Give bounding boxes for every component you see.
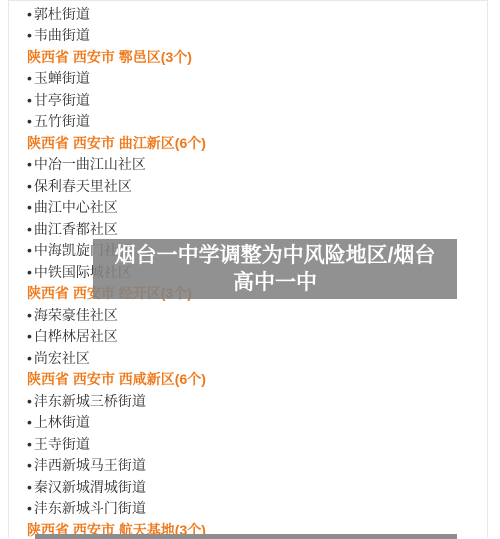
bullet-icon: • — [27, 222, 32, 236]
area-name: 五竹街道 — [34, 111, 90, 131]
list-item: •王寺街道 — [27, 433, 487, 455]
list-item: •甘亭街道 — [27, 89, 487, 111]
area-name: 保利春天里社区 — [34, 176, 132, 196]
list-item: •曲江香都社区 — [27, 218, 487, 240]
bullet-icon: • — [27, 480, 32, 494]
list-item: •曲江中心社区 — [27, 197, 487, 219]
area-name: 王寺街道 — [34, 434, 90, 454]
list-item: •白桦林居社区 — [27, 326, 487, 348]
area-name: 上林街道 — [34, 412, 90, 432]
bullet-icon: • — [27, 93, 32, 107]
area-name: 韦曲街道 — [34, 25, 90, 45]
bullet-icon: • — [27, 71, 32, 85]
area-name: 玉蝉街道 — [34, 68, 90, 88]
region-header: 陕西省 西安市 鄠邑区(3个) — [27, 46, 487, 68]
bullet-icon: • — [27, 265, 32, 279]
bullet-icon: • — [27, 351, 32, 365]
list-item: •沣东新城斗门街道 — [27, 498, 487, 520]
list-item: •韦曲街道 — [27, 25, 487, 47]
bullet-icon: • — [27, 28, 32, 42]
area-name: 海荣豪佳社区 — [34, 305, 118, 325]
area-name: 曲江香都社区 — [34, 219, 118, 239]
bullet-icon: • — [27, 329, 32, 343]
list-item: •玉蝉街道 — [27, 68, 487, 90]
area-name: 沣东新城三桥街道 — [34, 391, 146, 411]
area-name: 曲江中心社区 — [34, 197, 118, 217]
risk-notice-overlay[interactable]: 烟台一中学调整为中风险地区/烟台 高中一中 — [93, 239, 457, 299]
bullet-icon: • — [27, 157, 32, 171]
list-item: •郭杜街道 — [27, 3, 487, 25]
list-item: •五竹街道 — [27, 111, 487, 133]
area-name: 郭杜街道 — [34, 4, 90, 24]
list-item: •保利春天里社区 — [27, 175, 487, 197]
area-name: 中冶一曲江山社区 — [34, 154, 146, 174]
bullet-icon: • — [27, 200, 32, 214]
list-item: •沣西新城马王街道 — [27, 455, 487, 477]
bullet-icon: • — [27, 243, 32, 257]
region-header: 陕西省 西安市 西咸新区(6个) — [27, 369, 487, 391]
bullet-icon: • — [27, 114, 32, 128]
bullet-icon: • — [27, 394, 32, 408]
area-name: 白桦林居社区 — [34, 326, 118, 346]
region-header: 陕西省 西安市 曲江新区(6个) — [27, 132, 487, 154]
list-item: •沣东新城三桥街道 — [27, 390, 487, 412]
area-name: 秦汉新城渭城街道 — [34, 477, 146, 497]
area-name: 沣西新城马王街道 — [34, 455, 146, 475]
list-item: •海荣豪佳社区 — [27, 304, 487, 326]
area-name: 尚宏社区 — [34, 348, 90, 368]
list-item: •上林街道 — [27, 412, 487, 434]
bullet-icon: • — [27, 7, 32, 21]
area-name: 甘亭街道 — [34, 90, 90, 110]
bullet-icon: • — [27, 501, 32, 515]
overlay-line-1: 烟台一中学调整为中风险地区/烟台 — [115, 242, 436, 269]
bullet-icon: • — [27, 308, 32, 322]
list-item: •尚宏社区 — [27, 347, 487, 369]
area-name: 沣东新城斗门街道 — [34, 498, 146, 518]
bottom-overlay-bar[interactable] — [35, 534, 457, 539]
bullet-icon: • — [27, 458, 32, 472]
bullet-icon: • — [27, 179, 32, 193]
overlay-line-2: 高中一中 — [233, 269, 317, 296]
bullet-icon: • — [27, 415, 32, 429]
bullet-icon: • — [27, 437, 32, 451]
list-item: •秦汉新城渭城街道 — [27, 476, 487, 498]
list-item: •中冶一曲江山社区 — [27, 154, 487, 176]
